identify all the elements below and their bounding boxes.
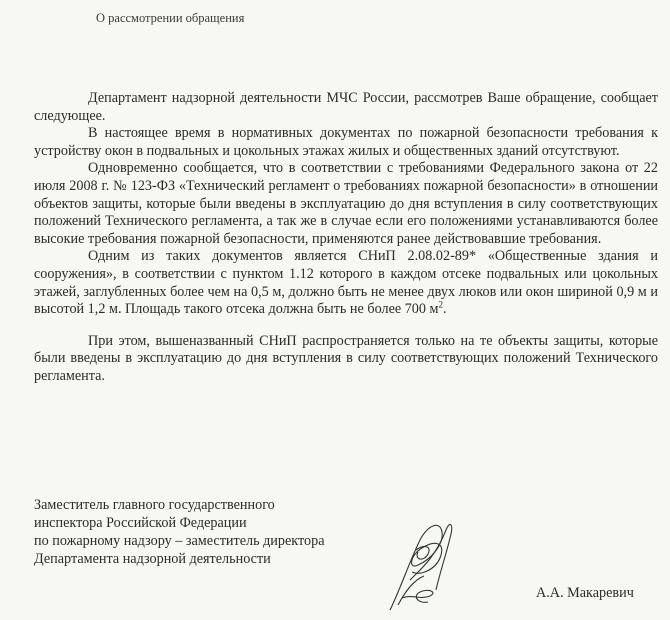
paragraph-no-requirements: В настоящее время в нормативных документ…: [34, 125, 658, 160]
paragraph-scope: При этом, вышеназванный СНиП распростран…: [34, 333, 658, 386]
signatory-title-line: по пожарному надзору – заместитель дирек…: [34, 532, 325, 550]
letter-body: Департамент надзорной деятельности МЧС Р…: [34, 90, 658, 386]
paragraph-snip: Одним из таких документов является СНиП …: [34, 248, 658, 318]
paragraph-federal-law: Одновременно сообщается, что в соответст…: [34, 160, 658, 248]
paragraph-intro: Департамент надзорной деятельности МЧС Р…: [34, 90, 658, 125]
signatory-title-line: Департамента надзорной деятельности: [34, 550, 325, 568]
signatory-title: Заместитель главного государственного ин…: [34, 496, 325, 568]
signatory-title-line: Заместитель главного государственного: [34, 496, 325, 514]
letter-page: О рассмотрении обращения Департамент над…: [0, 0, 670, 620]
area-suffix: .: [443, 301, 447, 317]
letter-subject: О рассмотрении обращения: [96, 11, 244, 26]
handwritten-signature-icon: [380, 510, 460, 615]
signatory-name: А.А. Макаревич: [536, 585, 634, 602]
paragraph-snip-text: Одним из таких документов является СНиП …: [34, 248, 658, 317]
signatory-title-line: инспектора Российской Федерации: [34, 514, 325, 532]
